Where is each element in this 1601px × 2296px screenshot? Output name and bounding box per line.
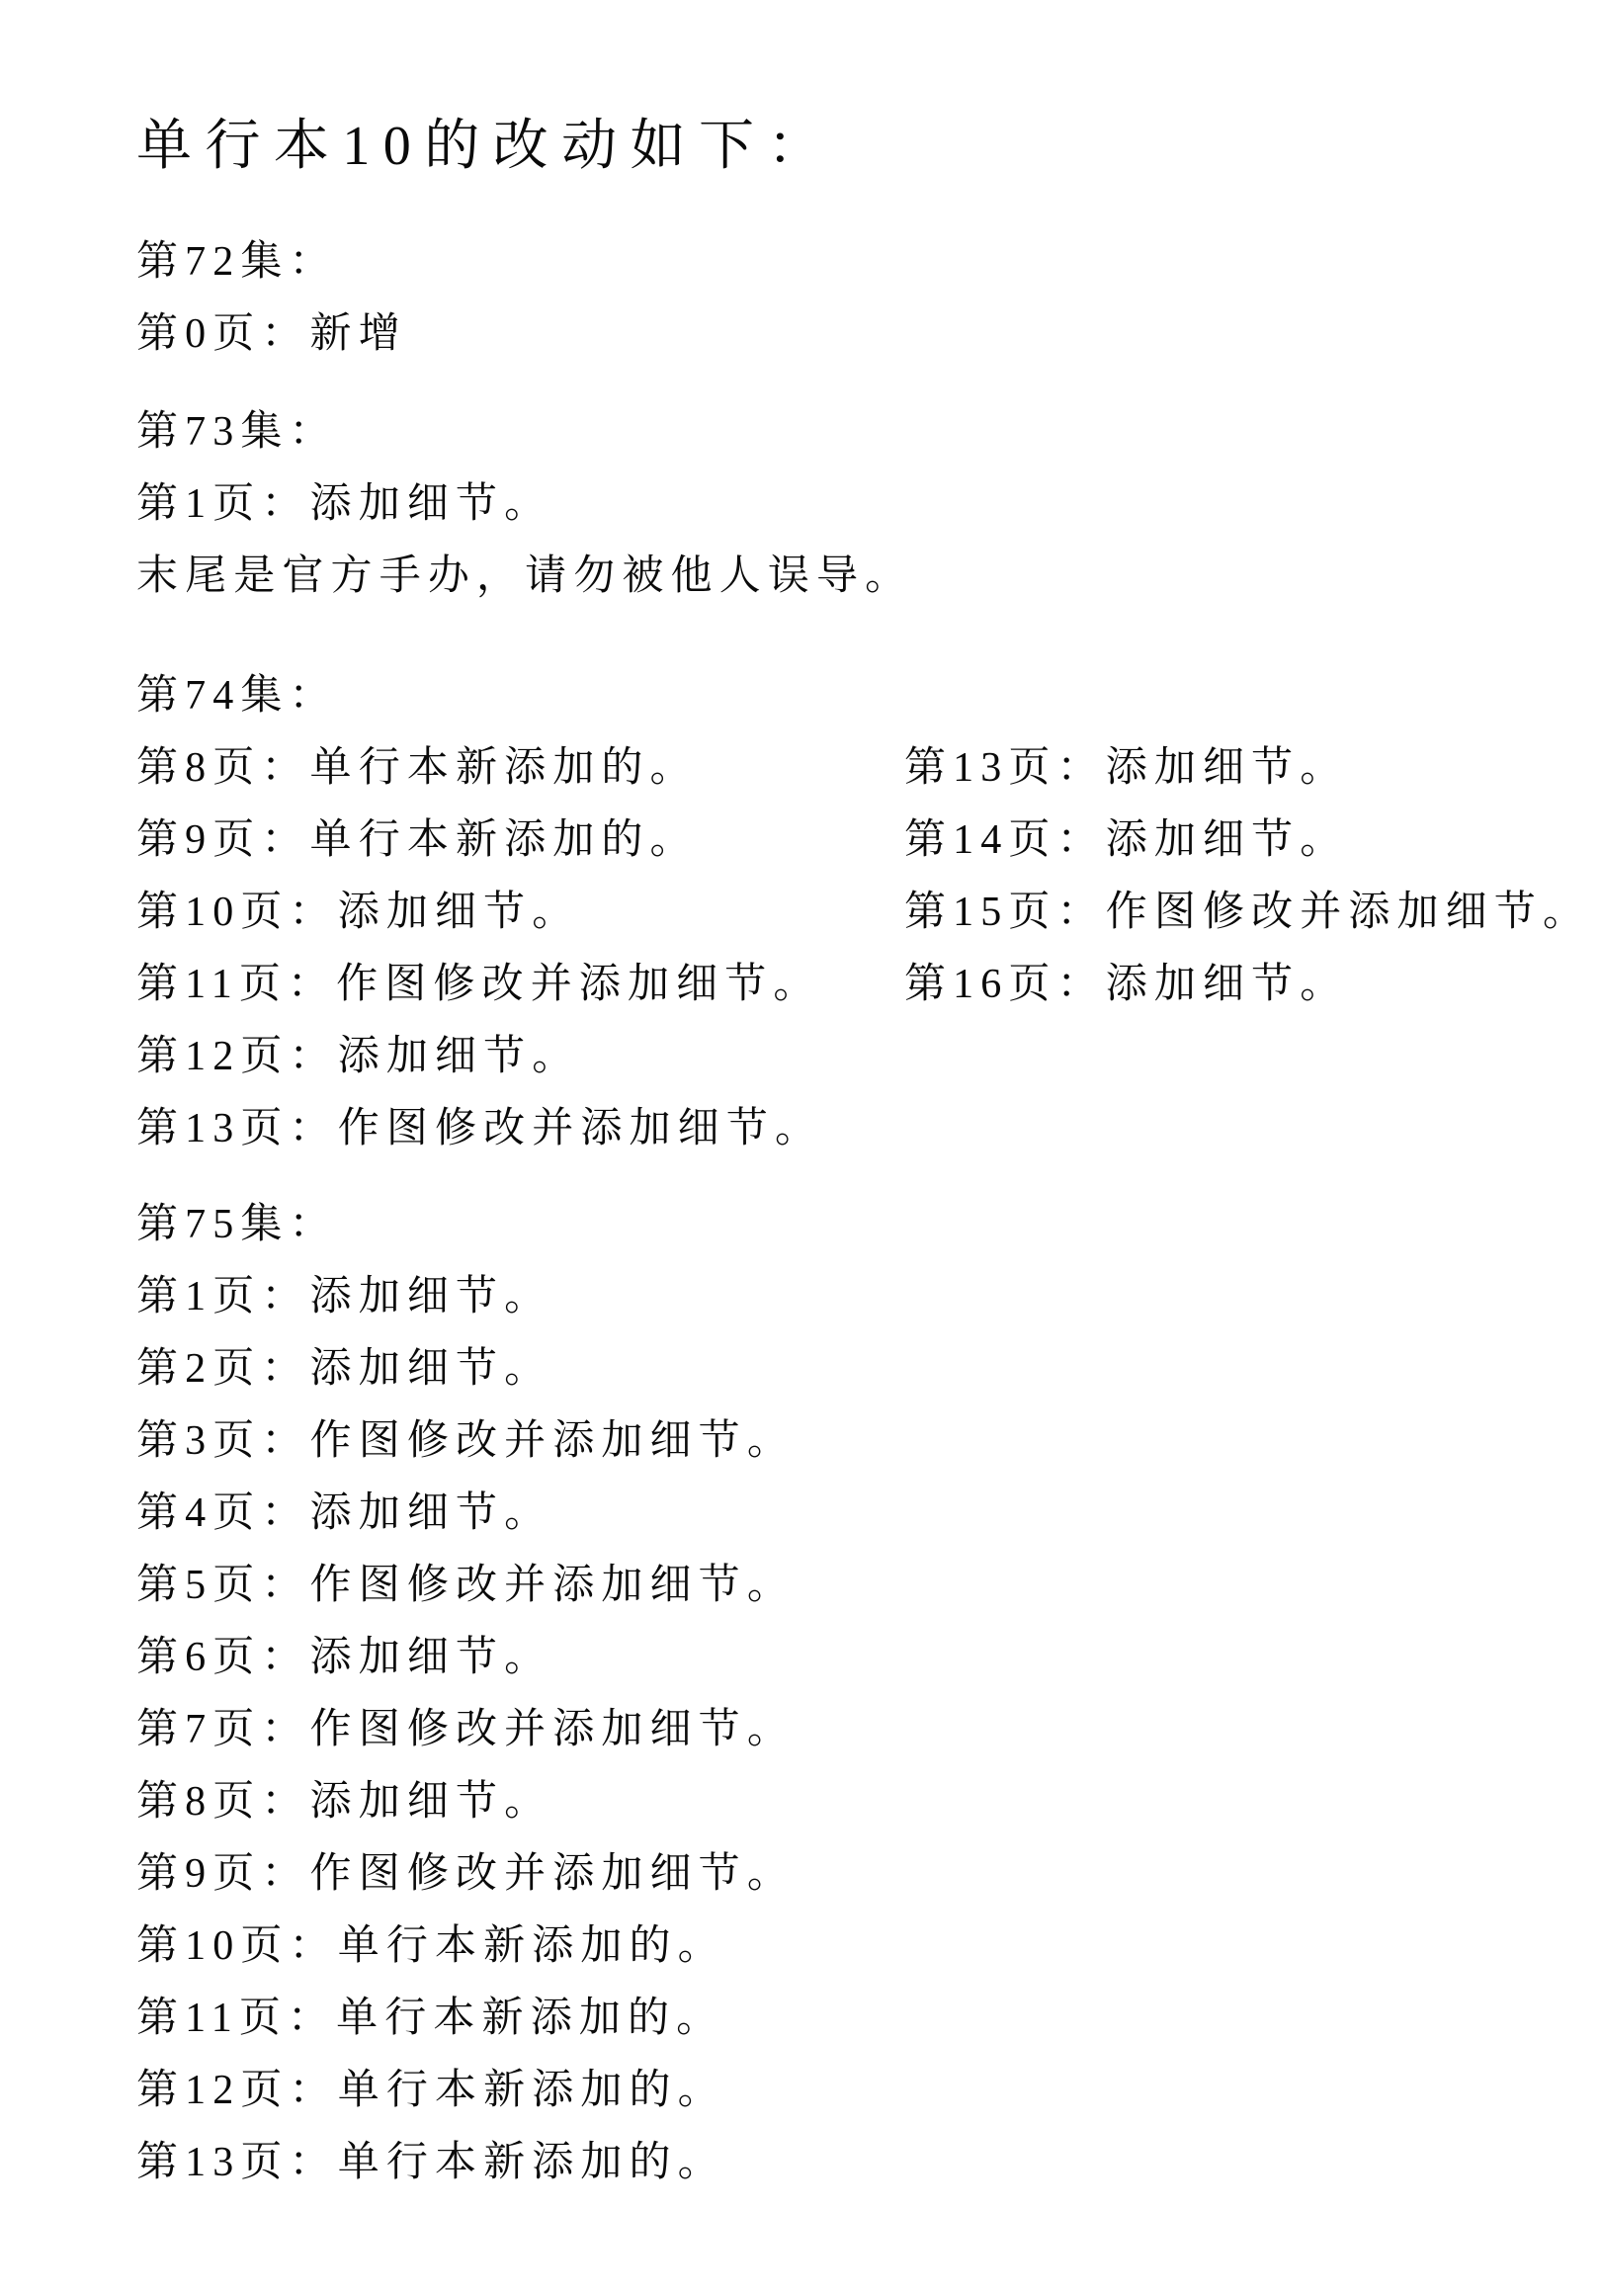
change-entry: 第8页：添加细节。 <box>136 1766 1561 1838</box>
section-heading: 第75集： <box>136 1189 1561 1261</box>
change-entry: 第2页：添加细节。 <box>136 1333 1561 1405</box>
two-column-block: 第8页：单行本新添加的。 第9页：单行本新添加的。 第10页：添加细节。 第11… <box>136 732 1561 1165</box>
change-entry: 第12页：添加细节。 <box>136 1021 904 1093</box>
change-entry: 第13页：单行本新添加的。 <box>136 2127 1561 2199</box>
section-heading: 第72集： <box>136 226 1561 298</box>
section-heading: 第74集： <box>136 660 1561 732</box>
change-entry: 第1页：添加细节。 <box>136 1261 1561 1333</box>
change-entry: 第14页：添加细节。 <box>904 805 1591 877</box>
change-entry: 第8页：单行本新添加的。 <box>136 732 904 805</box>
episode-75-section: 第75集： 第1页：添加细节。 第2页：添加细节。 第3页：作图修改并添加细节。… <box>136 1189 1561 2199</box>
episode-72-section: 第72集： 第0页：新增 <box>136 226 1561 371</box>
doc-title: 单行本10的改动如下： <box>136 111 1561 183</box>
change-entry: 第16页：添加细节。 <box>904 949 1591 1021</box>
change-entry: 第9页：单行本新添加的。 <box>136 805 904 877</box>
change-entry: 第6页：添加细节。 <box>136 1622 1561 1694</box>
change-entry: 第11页：单行本新添加的。 <box>136 1983 1561 2055</box>
change-entry: 第5页：作图修改并添加细节。 <box>136 1550 1561 1622</box>
change-entry: 第13页：作图修改并添加细节。 <box>136 1093 904 1165</box>
section-heading: 第73集： <box>136 396 1561 468</box>
change-entry: 末尾是官方手办，请勿被他人误导。 <box>136 541 1561 613</box>
column-left: 第8页：单行本新添加的。 第9页：单行本新添加的。 第10页：添加细节。 第11… <box>136 732 904 1165</box>
column-right: 第13页：添加细节。 第14页：添加细节。 第15页：作图修改并添加细节。 第1… <box>904 732 1591 1021</box>
change-entry: 第0页：新增 <box>136 298 1561 371</box>
change-entry: 第15页：作图修改并添加细节。 <box>904 877 1591 949</box>
change-entry: 第3页：作图修改并添加细节。 <box>136 1405 1561 1478</box>
change-entry: 第9页：作图修改并添加细节。 <box>136 1838 1561 1911</box>
episode-73-section: 第73集： 第1页：添加细节。 末尾是官方手办，请勿被他人误导。 <box>136 396 1561 613</box>
change-entry: 第4页：添加细节。 <box>136 1478 1561 1550</box>
change-entry: 第1页：添加细节。 <box>136 468 1561 541</box>
document-page: 单行本10的改动如下： 第72集： 第0页：新增 第73集： 第1页：添加细节。… <box>0 0 1601 2296</box>
change-entry: 第13页：添加细节。 <box>904 732 1591 805</box>
change-entry: 第11页：作图修改并添加细节。 <box>136 949 904 1021</box>
change-entry: 第12页：单行本新添加的。 <box>136 2055 1561 2127</box>
change-entry: 第10页：添加细节。 <box>136 877 904 949</box>
change-entry: 第10页：单行本新添加的。 <box>136 1911 1561 1983</box>
episode-74-section: 第74集： 第8页：单行本新添加的。 第9页：单行本新添加的。 第10页：添加细… <box>136 660 1561 1165</box>
change-entry: 第7页：作图修改并添加细节。 <box>136 1694 1561 1766</box>
